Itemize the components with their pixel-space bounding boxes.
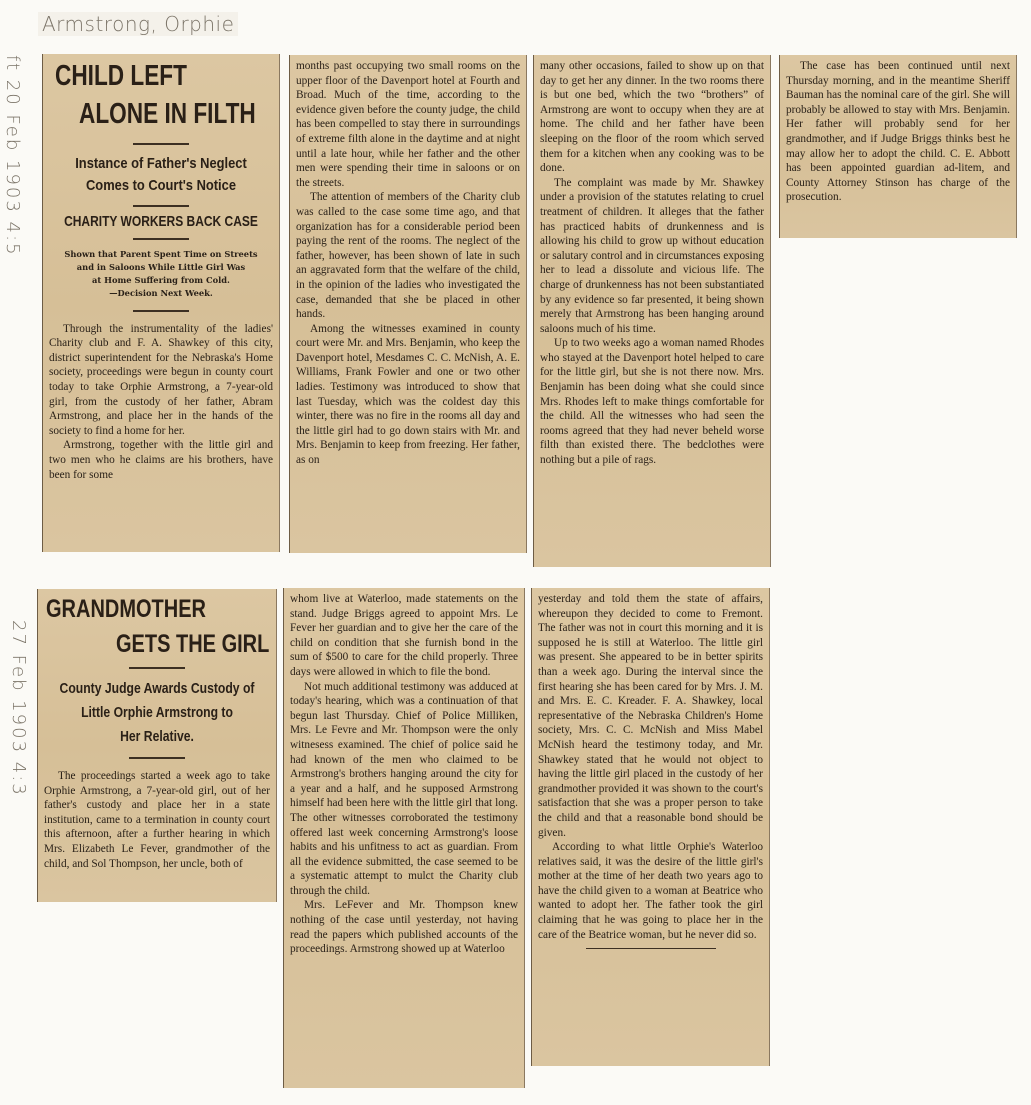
article-1-column-1: CHILD LEFT ALONE IN FILTH Instance of Fa… bbox=[42, 54, 280, 552]
deck-line: Comes to Court's Notice bbox=[65, 175, 258, 197]
subdeck-line: and in Saloons While Little Girl Was bbox=[49, 261, 273, 274]
paragraph: The complaint was made by Mr. Shawkey un… bbox=[540, 176, 764, 337]
divider-rule bbox=[133, 205, 189, 207]
divider-rule bbox=[129, 757, 185, 759]
paragraph: whom live at Waterloo, made statements o… bbox=[290, 592, 518, 680]
article-2-headline-line-1: GRANDMOTHER bbox=[46, 597, 225, 622]
article-2-column-2: whom live at Waterloo, made statements o… bbox=[283, 588, 525, 1088]
article-1-headline-line-1: CHILD LEFT bbox=[55, 62, 225, 91]
subdeck-line: Shown that Parent Spent Time on Streets bbox=[49, 248, 273, 261]
article-1-column-3: many other occasions, failed to show up … bbox=[533, 55, 771, 567]
deck-line: Instance of Father's Neglect bbox=[65, 153, 258, 175]
handwritten-date-annotation-1: ft 20 Feb 1903 4:5 bbox=[2, 55, 23, 305]
subdeck-line: at Home Suffering from Cold. bbox=[49, 274, 273, 287]
article-1-headline-line-2: ALONE IN FILTH bbox=[79, 100, 230, 129]
article-1-column-2: months past occupying two small rooms on… bbox=[289, 55, 527, 553]
article-2-headline-line-2: GETS THE GIRL bbox=[116, 632, 239, 657]
article-2-column-1: GRANDMOTHER GETS THE GIRL County Judge A… bbox=[37, 589, 277, 902]
subdeck-line: —Decision Next Week. bbox=[49, 287, 273, 300]
article-1-column-4: The case has been continued until next T… bbox=[779, 55, 1017, 238]
end-rule bbox=[586, 948, 716, 949]
divider-rule bbox=[133, 143, 189, 145]
paragraph: Among the witnesses examined in county c… bbox=[296, 322, 520, 468]
divider-rule bbox=[129, 667, 185, 669]
deck-line: Her Relative. bbox=[47, 725, 267, 749]
article-1-deck-1: Instance of Father's Neglect Comes to Co… bbox=[65, 153, 258, 197]
paragraph: months past occupying two small rooms on… bbox=[296, 59, 520, 190]
handwritten-name-annotation: Armstrong, Orphie bbox=[38, 12, 238, 36]
paragraph: many other occasions, failed to show up … bbox=[540, 59, 764, 176]
deck-line: Little Orphie Armstrong to bbox=[47, 701, 267, 725]
paragraph: Through the instrumentality of the ladie… bbox=[49, 322, 273, 439]
paragraph: The proceedings started a week ago to ta… bbox=[44, 769, 270, 871]
paragraph: According to what little Orphie's Waterl… bbox=[538, 840, 763, 942]
paragraph: Armstrong, together with the little girl… bbox=[49, 438, 273, 482]
paragraph: yesterday and told them the state of aff… bbox=[538, 592, 763, 840]
paragraph: Up to two weeks ago a woman named Rhodes… bbox=[540, 336, 764, 467]
paragraph: The attention of members of the Charity … bbox=[296, 190, 520, 321]
deck-line: County Judge Awards Custody of bbox=[47, 677, 267, 701]
divider-rule bbox=[133, 238, 189, 240]
divider-rule bbox=[133, 310, 189, 312]
paragraph: The case has been continued until next T… bbox=[786, 59, 1010, 205]
article-1-subdeck: Shown that Parent Spent Time on Streets … bbox=[49, 248, 273, 300]
paragraph: Not much additional testimony was adduce… bbox=[290, 680, 518, 899]
article-2-column-3: yesterday and told them the state of aff… bbox=[531, 588, 770, 1066]
handwritten-date-annotation-2: 27 Feb 1903 4:3 bbox=[8, 620, 29, 820]
article-1-deck-2: CHARITY WORKERS BACK CASE bbox=[52, 215, 270, 230]
paragraph: Mrs. LeFever and Mr. Thompson knew nothi… bbox=[290, 898, 518, 956]
article-2-deck: County Judge Awards Custody of Little Or… bbox=[47, 677, 267, 749]
